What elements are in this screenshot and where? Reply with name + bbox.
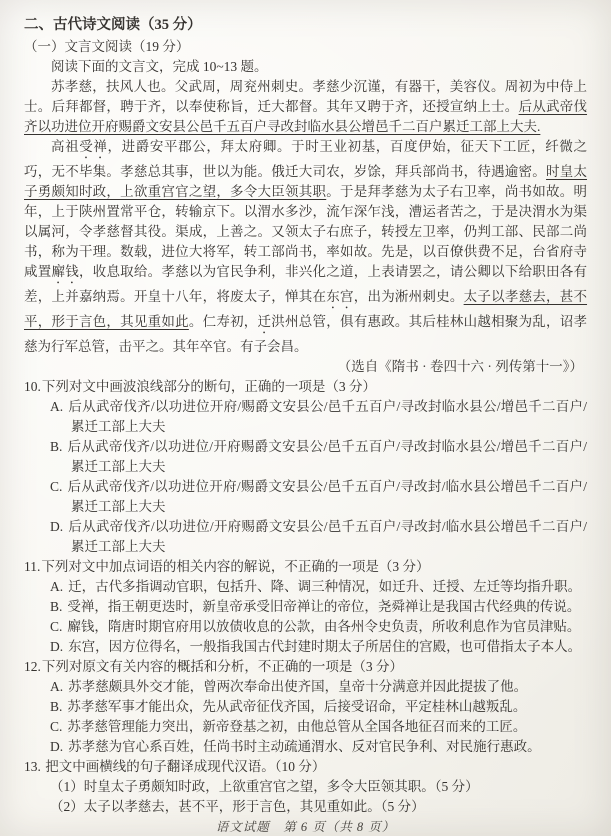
question-10: 10.下列对文中画波浪线部分的断句，正确的一项是（3 分）A.后从武帝伐齐/以功… [24, 377, 587, 557]
option-B: B.受禅，指王朝更迭时，新皇帝承受旧帝禅让的帝位，尧舜禅让是我国古代经典的传说。 [50, 597, 587, 617]
question-stem: 13. 把文中画横线的句子翻译成现代汉语。（10 分） [24, 757, 587, 777]
passage-text: 。仁寿初， [189, 314, 258, 329]
passage-text: ，出为淅州刺史。 [354, 289, 464, 304]
option-C: C.后从武帝伐齐/以功进位开府/赐爵文安县公/邑千五百户/寻改封/临水县公增邑千… [50, 477, 587, 517]
passage-paragraph: 苏孝慈，扶风人也。父武周，周兖州刺史。孝慈少沉谨，有器干，美容仪。周初为中侍上士… [24, 77, 587, 137]
option-text: 后从武帝伐齐/以功进位/开府赐爵文安县公/邑千五百户/寻改封/临水县公增邑千二百… [68, 519, 587, 554]
option-text: 苏孝慈管理能力突出，新帝登基之初，由他总管从全国各地征召而来的工匠。 [67, 719, 526, 734]
option-text: 苏孝慈为官心系百姓，任尚书时主动疏通渭水、反对官民争利、对民施行惠政。 [68, 739, 541, 754]
page-footer: 语文试题 第 6 页（共 8 页） [24, 817, 587, 836]
question-stem-text: 下列对原文有关内容的概括和分析，不正确的一项是（3 分） [42, 659, 403, 674]
question-stem-text: 把文中画横线的句子翻译成现代汉语。（10 分） [45, 759, 325, 774]
section-heading: 二、古代诗文阅读（35 分） [24, 14, 587, 36]
question-stem-text: 下列对文中画波浪线部分的断句，正确的一项是（3 分） [42, 379, 376, 394]
option-D: D.后从武帝伐齐/以功进位/开府赐爵文安县公/邑千五百户/寻改封/临水县公增邑千… [50, 517, 587, 557]
passage-text: ，进爵安平郡公，拜太府卿。于时王业初基，百度伊始，征天下工匠，纤微之巧，无不毕集… [24, 139, 587, 179]
passage-paragraph: 高祖受禅，进爵安平郡公，拜太府卿。于时王业初基，百度伊始，征天下工匠，纤微之巧，… [24, 137, 587, 357]
passage-source: （选自《隋书 · 卷四十六 · 列传第十一》） [24, 357, 587, 377]
translation-item: （1）时皇太子勇颇知时政，上欲重宫官之望，多令大臣领其职。（5 分） [50, 777, 587, 797]
option-label: A. [50, 399, 63, 414]
option-text: 东宫，因方位得名，一般指我国古代封建时期太子所居住的宫殿，也可借指太子本人。 [68, 639, 581, 654]
question-13: 13. 把文中画横线的句子翻译成现代汉语。（10 分）（1）时皇太子勇颇知时政，… [24, 757, 587, 817]
option-label: B. [50, 699, 62, 714]
subsection-heading: （一）文言文阅读（19 分） [24, 36, 587, 57]
option-text: 后从武帝伐齐/以功进位开府/赐爵文安县公/邑千五百户/寻改封临水县公/增邑千二百… [68, 399, 587, 434]
question-stem: 12.下列对原文有关内容的概括和分析，不正确的一项是（3 分） [24, 657, 587, 677]
question-number: 13. [24, 759, 44, 774]
emphasis-dotted-text: 东宫 [326, 289, 353, 304]
option-text: 迁，古代多指调动官职，包括升、降、调三种情况，如迁升、迁授、左迁等均指升职。 [68, 579, 581, 594]
option-B: B.苏孝慈军事才能出众，先从武帝征伐齐国，后接受诏命，平定桂林山越叛乱。 [50, 697, 587, 717]
question-number: 10. [24, 379, 41, 394]
question-stem: 11.下列对文中加点词语的相关内容的解说，不正确的一项是（3 分） [24, 557, 587, 577]
option-label: A. [50, 579, 63, 594]
translation-item-label: （2） [50, 799, 84, 814]
translation-item-text: 时皇太子勇颇知时政，上欲重宫官之望，多令大臣领其职。（5 分） [84, 779, 479, 794]
option-D: D.东宫，因方位得名，一般指我国古代封建时期太子所居住的宫殿，也可借指太子本人。 [50, 637, 587, 657]
passage-text: 苏孝慈，扶风人也。父武周，周兖州刺史。孝慈少沉谨，有器干，美容仪。周初为中侍上士… [24, 79, 587, 114]
question-stem: 10.下列对文中画波浪线部分的断句，正确的一项是（3 分） [24, 377, 587, 397]
question-number: 12. [24, 659, 41, 674]
option-A: A.苏孝慈颇具外交才能，曾两次奉命出使齐国，皇帝十分满意并因此提拔了他。 [50, 677, 587, 697]
emphasis-dotted-text: 受禅 [79, 139, 107, 154]
translation-item-label: （1） [50, 779, 84, 794]
translation-item: （2）太子以孝慈去，甚不平，形于言色，其见重如此。（5 分） [50, 797, 587, 817]
question-number: 11. [24, 559, 40, 574]
option-A: A.迁，古代多指调动官职，包括升、降、调三种情况，如迁升、迁授、左迁等均指升职。 [50, 577, 587, 597]
option-text: 后从武帝伐齐/以功进位/开府赐爵文安县公/邑千五百户/寻改封临水县公/增邑千二百… [67, 439, 587, 474]
option-B: B.后从武帝伐齐/以功进位/开府赐爵文安县公/邑千五百户/寻改封临水县公/增邑千… [50, 437, 587, 477]
option-text: 苏孝慈颇具外交才能，曾两次奉命出使齐国，皇帝十分满意并因此提拔了他。 [68, 679, 527, 694]
exam-page: 二、古代诗文阅读（35 分） （一）文言文阅读（19 分） 阅读下面的文言文，完… [0, 0, 611, 836]
question-stem-text: 下列对文中加点词语的相关内容的解说，不正确的一项是（3 分） [41, 559, 429, 574]
option-label: C. [50, 479, 62, 494]
question-11: 11.下列对文中加点词语的相关内容的解说，不正确的一项是（3 分）A.迁，古代多… [24, 557, 587, 657]
question-list: 10.下列对文中画波浪线部分的断句，正确的一项是（3 分）A.后从武帝伐齐/以功… [24, 377, 587, 817]
option-C: C.廨钱，隋唐时期官府用以放债收息的公款，由各州令史负责，所收利息作为官员津贴。 [50, 617, 587, 637]
translation-item-text: 太子以孝慈去，甚不平，形于言色，其见重如此。（5 分） [84, 799, 425, 814]
option-text: 受禅，指王朝更迭时，新皇帝承受旧帝禅让的帝位，尧舜禅让是我国古代经典的传说。 [67, 599, 580, 614]
option-text: 苏孝慈军事才能出众，先从武帝征伐齐国，后接受诏命，平定桂林山越叛乱。 [67, 699, 526, 714]
option-label: D. [50, 639, 63, 654]
option-label: C. [50, 619, 62, 634]
option-label: D. [50, 519, 63, 534]
emphasis-dotted-text: 廨钱 [51, 264, 78, 279]
question-12: 12.下列对原文有关内容的概括和分析，不正确的一项是（3 分）A.苏孝慈颇具外交… [24, 657, 587, 757]
option-text: 后从武帝伐齐/以功进位开府/赐爵文安县公/邑千五百户/寻改封/临水县公增邑千二百… [67, 479, 587, 514]
option-label: C. [50, 719, 62, 734]
option-label: D. [50, 739, 63, 754]
option-label: A. [50, 679, 63, 694]
option-label: B. [50, 599, 62, 614]
passage-text: 高祖 [51, 139, 79, 154]
emphasis-dotted-text: 迁 [258, 314, 272, 329]
reading-instruction: 阅读下面的文言文，完成 10~13 题。 [24, 57, 587, 77]
classical-passage: 苏孝慈，扶风人也。父武周，周兖州刺史。孝慈少沉谨，有器干，美容仪。周初为中侍上士… [24, 77, 587, 357]
page-footer-text: 语文试题 第 6 页（共 8 页） [216, 820, 396, 834]
option-C: C.苏孝慈管理能力突出，新帝登基之初，由他总管从全国各地征召而来的工匠。 [50, 717, 587, 737]
option-label: B. [50, 439, 62, 454]
option-D: D.苏孝慈为官心系百姓，任尚书时主动疏通渭水、反对官民争利、对民施行惠政。 [50, 737, 587, 757]
option-A: A.后从武帝伐齐/以功进位开府/赐爵文安县公/邑千五百户/寻改封临水县公/增邑千… [50, 397, 587, 437]
option-text: 廨钱，隋唐时期官府用以放债收息的公款，由各州令史负责，所收利息作为官员津贴。 [67, 619, 580, 634]
